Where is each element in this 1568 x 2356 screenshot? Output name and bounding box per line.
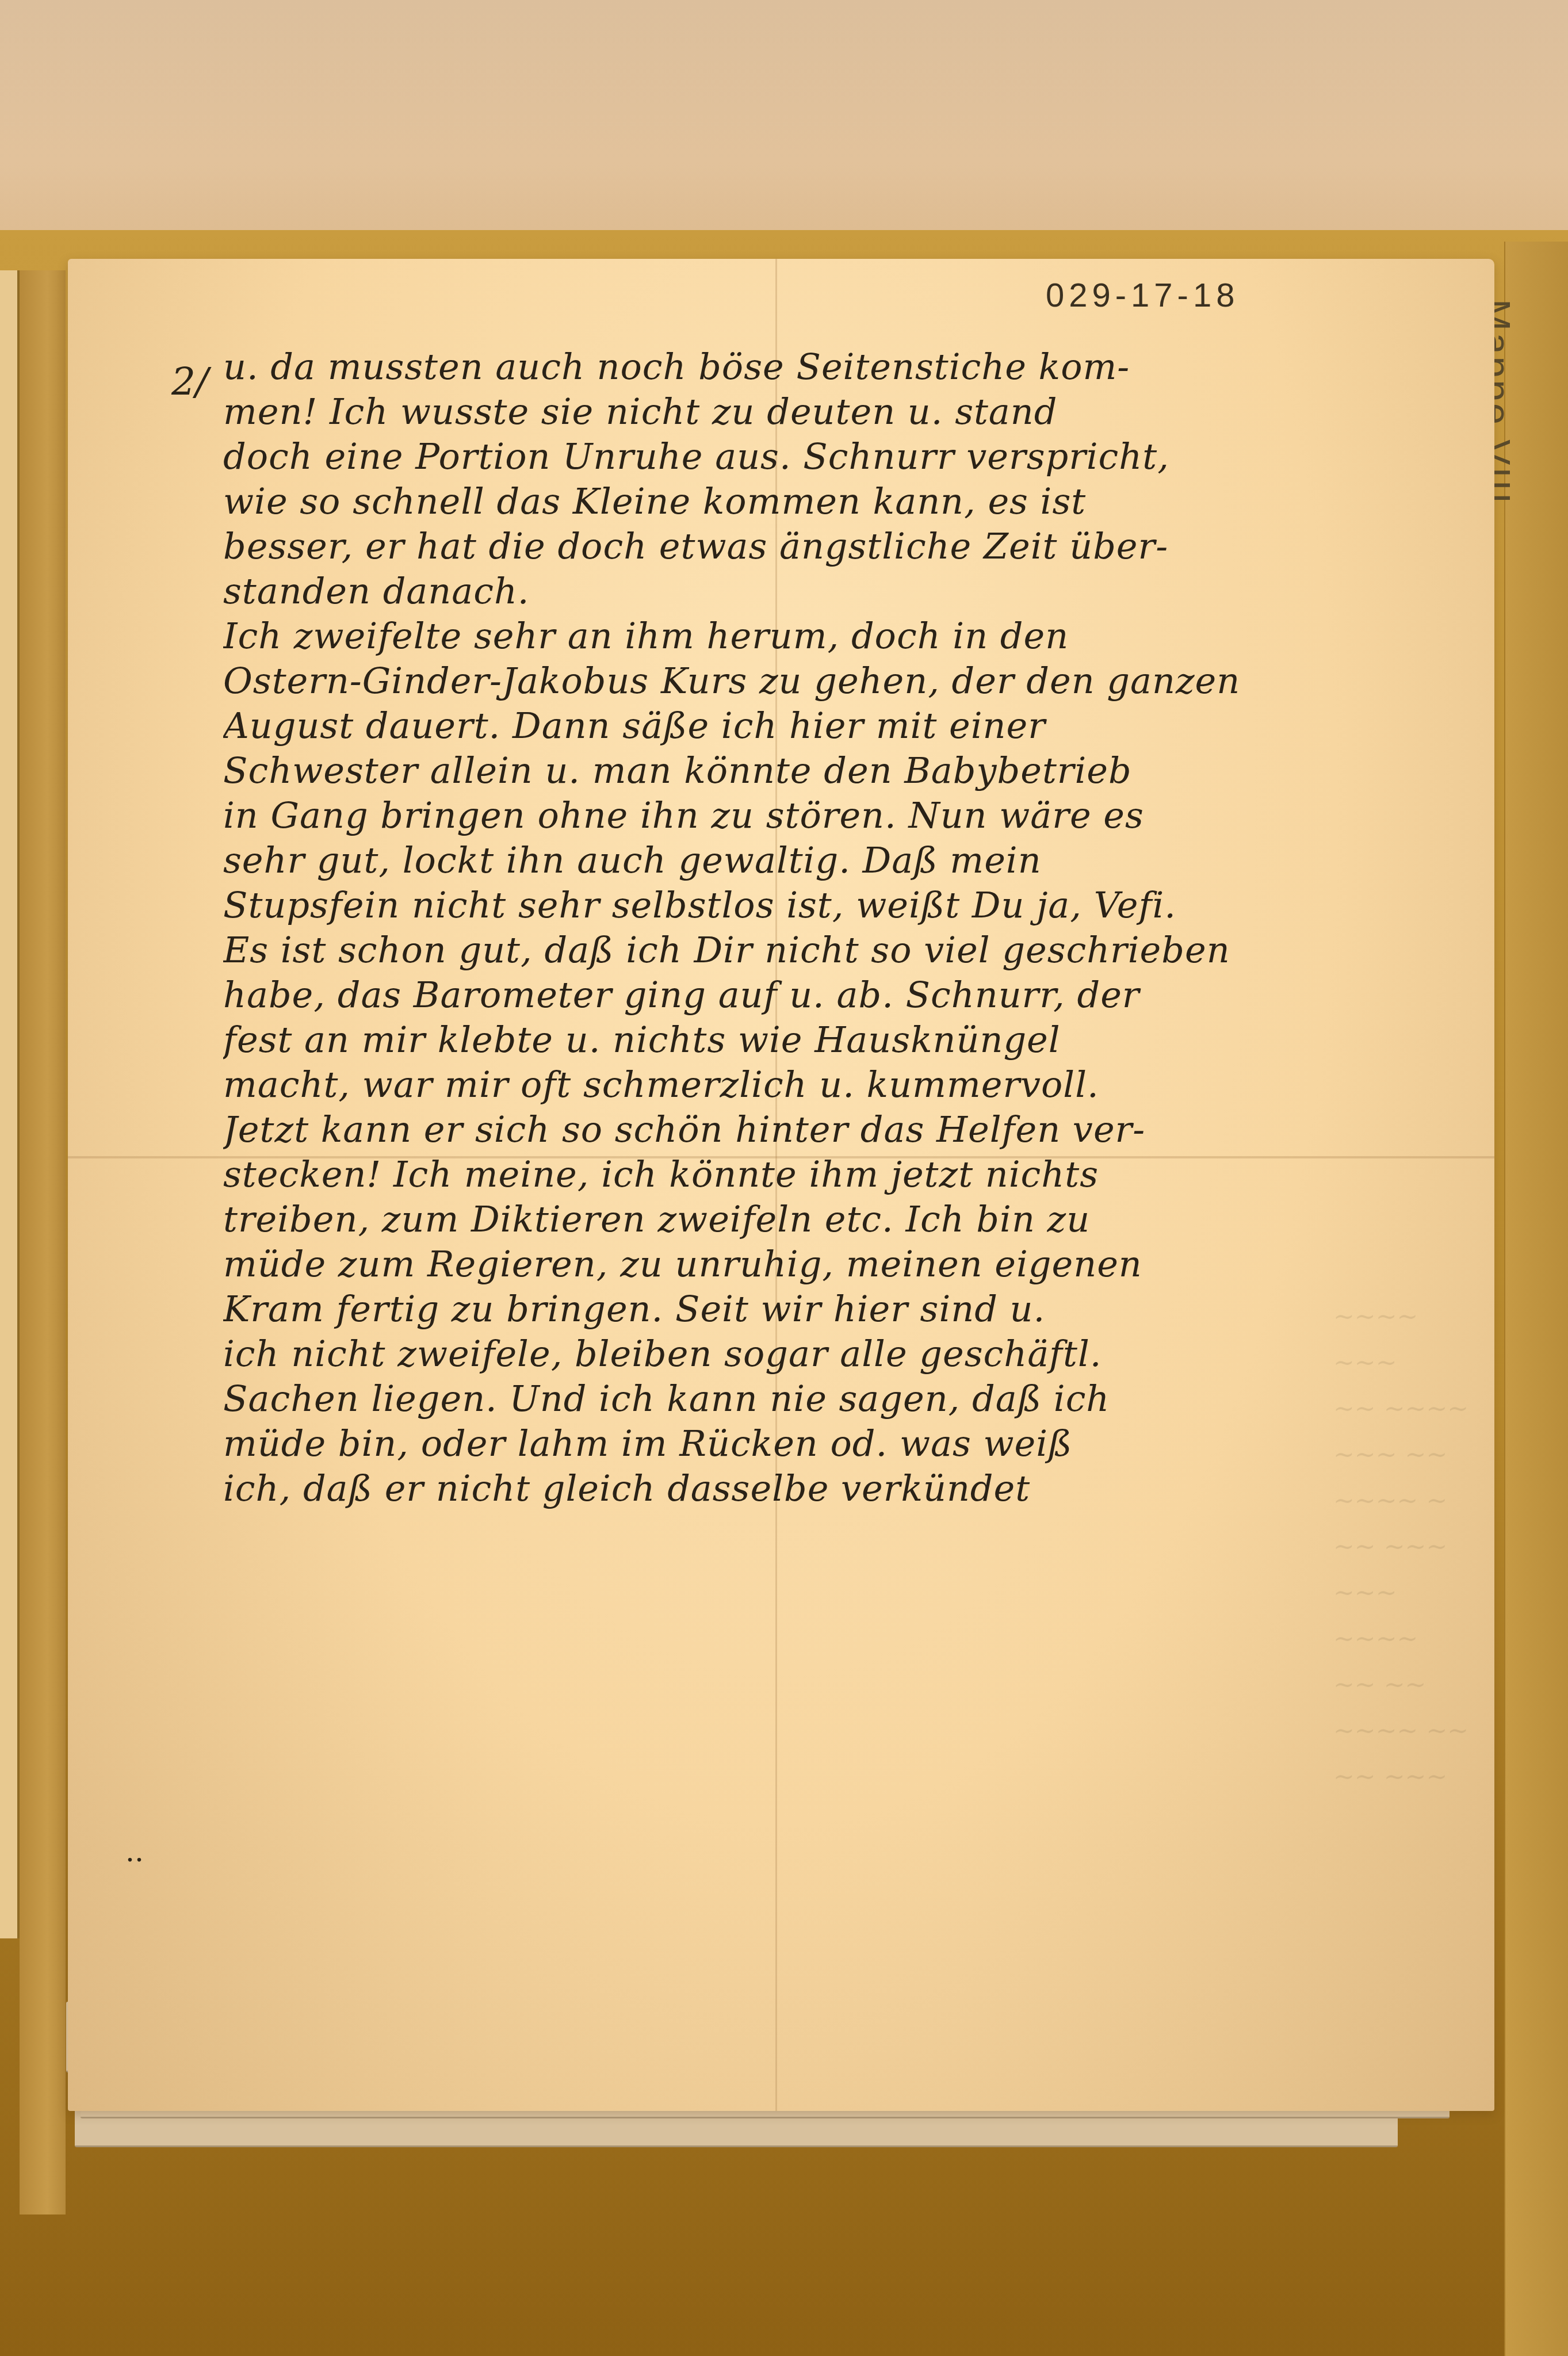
text-line: fest an mir klebte u. nichts wie Hausknü… xyxy=(223,1018,1477,1062)
text-line: August dauert. Dann säße ich hier mit ei… xyxy=(223,704,1477,748)
handwritten-text: u. da mussten auch noch böse Seitenstich… xyxy=(223,345,1477,1512)
text-line: müde zum Regieren, zu unruhig, meinen ei… xyxy=(223,1242,1477,1286)
text-line: sehr gut, lockt ihn auch gewaltig. Daß m… xyxy=(223,839,1477,882)
text-line: Stupsfein nicht sehr selbstlos ist, weiß… xyxy=(223,883,1477,927)
text-line: wie so schnell das Kleine kommen kann, e… xyxy=(223,480,1477,523)
folder-right-flap xyxy=(1504,242,1568,2356)
text-line: besser, er hat die doch etwas ängstliche… xyxy=(223,525,1477,568)
text-line: Es ist schon gut, daß ich Dir nicht so v… xyxy=(223,928,1477,972)
text-line: treiben, zum Diktieren zweifeln etc. Ich… xyxy=(223,1198,1477,1241)
text-line: ich nicht zweifele, bleiben sogar alle g… xyxy=(223,1332,1477,1376)
text-line: u. da mussten auch noch böse Seitenstich… xyxy=(223,345,1477,389)
folder-left-edge xyxy=(20,270,66,2215)
text-line: standen danach. xyxy=(223,569,1477,613)
text-line: Ostern-Ginder-Jakobus Kurs zu gehen, der… xyxy=(223,659,1477,703)
text-line: Schwester allein u. man könnte den Babyb… xyxy=(223,749,1477,793)
archive-number: 029-17-18 xyxy=(1046,276,1239,315)
text-line: Ich zweifelte sehr an ihm herum, doch in… xyxy=(223,614,1477,658)
text-line: ich, daß er nicht gleich dasselbe verkün… xyxy=(223,1467,1477,1510)
text-line: Sachen liegen. Und ich kann nie sagen, d… xyxy=(223,1377,1477,1421)
page-marker: 2/ xyxy=(171,359,208,404)
margin-marks: .. xyxy=(125,1835,144,1868)
text-line: habe, das Barometer ging auf u. ab. Schn… xyxy=(223,973,1477,1017)
text-line: Jetzt kann er sich so schön hinter das H… xyxy=(223,1108,1477,1152)
left-adjacent-sheet xyxy=(0,270,20,1938)
text-line: doch eine Portion Unruhe aus. Schnurr ve… xyxy=(223,435,1477,479)
letter-page: 029-17-18 2/ .. ~~~~ ~~~~~ ~~~~~~~ ~~~~~… xyxy=(68,259,1494,2111)
text-line: men! Ich wusste sie nicht zu deuten u. s… xyxy=(223,390,1477,434)
text-line: Kram fertig zu bringen. Seit wir hier si… xyxy=(223,1287,1477,1331)
text-line: müde bin, oder lahm im Rücken od. was we… xyxy=(223,1422,1477,1466)
text-line: macht, war mir oft schmerzlich u. kummer… xyxy=(223,1063,1477,1107)
text-line: in Gang bringen ohne ihn zu stören. Nun … xyxy=(223,794,1477,837)
text-line: stecken! Ich meine, ich könnte ihm jetzt… xyxy=(223,1153,1477,1196)
